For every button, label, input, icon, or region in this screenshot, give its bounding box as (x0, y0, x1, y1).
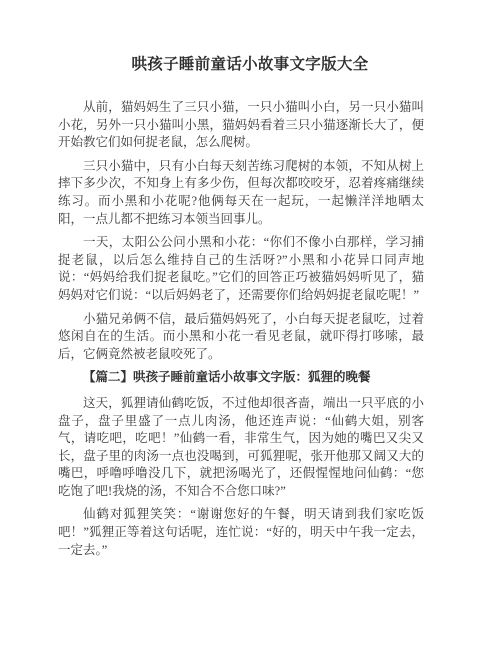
document-body: 从前，猫妈妈生了三只小猫，一只小猫叫小白，另一只小猫叫小花，另外一只小猫叫小黑，… (58, 99, 424, 559)
story-paragraph-2: 三只小猫中，只有小白每天刻苦练习爬树的本领，不知从树上摔下多少次，不知身上有多少… (58, 158, 424, 228)
story-paragraph-4: 小猫兄弟俩不信，最后猫妈妈死了，小白每天捉老鼠吃，过着悠闲自在的生活。而小黑和小… (58, 311, 424, 364)
section-2-heading: 【篇二】哄孩子睡前童话小故事文字版：狐狸的晚餐 (58, 369, 424, 387)
story-paragraph-6: 仙鹤对狐狸笑笑：“谢谢您好的午餐，明天请到我们家吃饭吧！”狐狸正等着这句话呢，连… (58, 506, 424, 559)
page-title: 哄孩子睡前童话小故事文字版大全 (0, 55, 500, 74)
story-paragraph-1: 从前，猫妈妈生了三只小猫，一只小猫叫小白，另一只小猫叫小花，另外一只小猫叫小黑，… (58, 99, 424, 152)
story-paragraph-5: 这天，狐狸请仙鹤吃饭，不过他却很吝啬，端出一只平底的小盘子，盘子里盛了一点儿肉汤… (58, 395, 424, 501)
story-paragraph-3: 一天，太阳公公问小黑和小花：“你们不像小白那样，学习捕捉老鼠，以后怎么维持自己的… (58, 234, 424, 304)
document-page: 哄孩子睡前童话小故事文字版大全 从前，猫妈妈生了三只小猫，一只小猫叫小白，另一只… (0, 0, 500, 647)
